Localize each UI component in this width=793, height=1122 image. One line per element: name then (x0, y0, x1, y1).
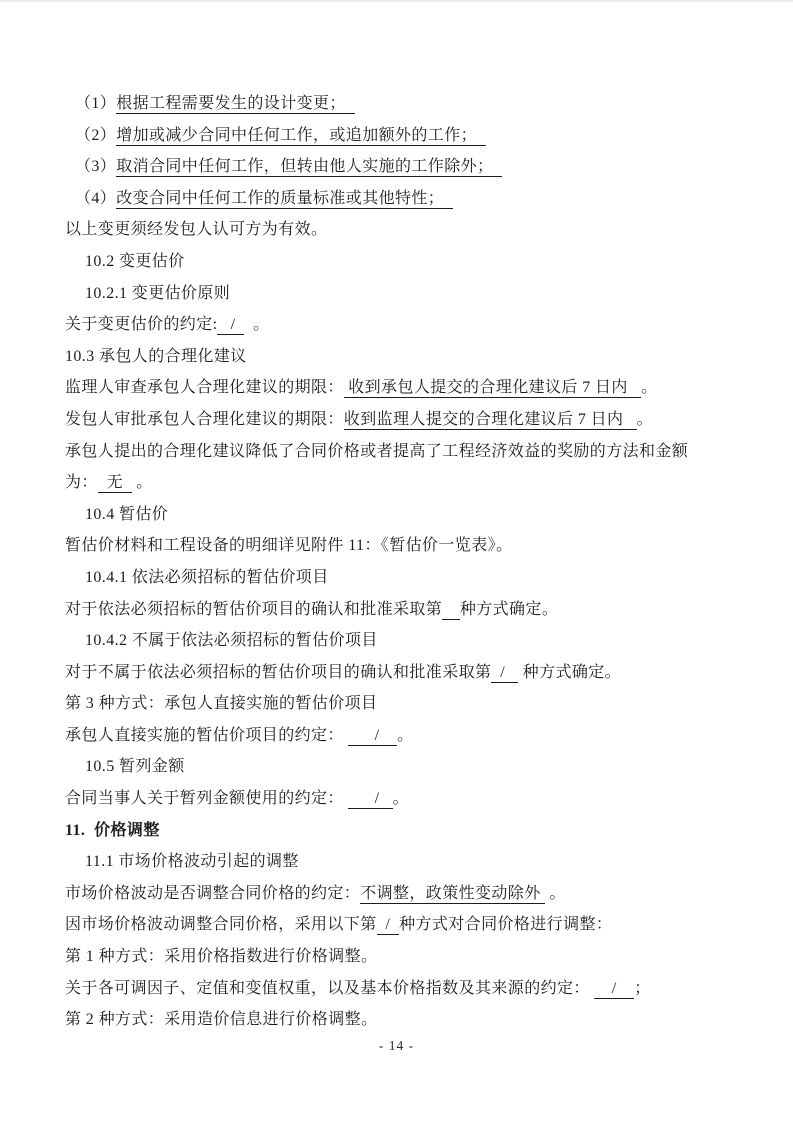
text-segment: 10.3 承包人的合理化建议 (65, 348, 247, 365)
clause-provisional-price-list: 暂估价材料和工程设备的明细详见附件 11：《暂估价一览表》。 (65, 530, 735, 562)
filled-blank: / (594, 980, 634, 999)
filled-blank: 收到承包人提交的合理化建议后 7 日内 (344, 379, 641, 398)
text-segment: 对于不属于依法必须招标的暂估价项目的确认和批准采取第 (65, 664, 491, 681)
clause-provisional-sum: 合同当事人关于暂列金额使用的约定： / 。 (65, 783, 735, 815)
clause-item-3: （3）取消合同中任何工作，但转由他人实施的工作除外； (65, 151, 735, 183)
clause-contractor-direct: 承包人直接实施的暂估价项目的约定： / 。 (65, 720, 735, 752)
document-page: （1）根据工程需要发生的设计变更； （2）增加或减少合同中任何工作，或追加额外的… (0, 0, 793, 1122)
text-segment: 10.2.1 变更估价原则 (85, 285, 230, 302)
page-number: - 14 - (0, 1038, 793, 1054)
clause-tender-not-required: 对于不属于依法必须招标的暂估价项目的确认和批准采取第 / 种方式确定。 (65, 657, 735, 689)
clause-change-valuation: 关于变更估价的约定: / 。 (65, 309, 735, 341)
document-lines: （1）根据工程需要发生的设计变更； （2）增加或减少合同中任何工作，或追加额外的… (0, 2, 793, 1036)
text-segment: 发包人审批承包人合理化建议的期限： (65, 411, 344, 428)
text-segment: 关于变更估价的约定: (65, 316, 217, 333)
filled-blank: 改变合同中任何工作的质量标准或其他特性； (116, 190, 453, 209)
section-10-2-heading: 10.2 变更估价 (65, 246, 735, 278)
filled-blank: / (348, 790, 392, 809)
text-segment: 。 (244, 316, 269, 333)
text-segment: 种方式确定。 (460, 601, 558, 618)
text-segment: 以上变更须经发包人认可方为有效。 (65, 221, 327, 238)
text-segment: 市场价格波动是否调整合同价格的约定： (65, 885, 360, 902)
filled-blank: 收到监理人提交的合理化建议后 7 日内 (344, 411, 637, 430)
clause-adjustment-method: 因市场价格波动调整合同价格，采用以下第 / 种方式对合同价格进行调整： (65, 909, 735, 941)
text-segment: 关于各可调因子、定值和变值权重，以及基本价格指数及其来源的约定： (65, 980, 594, 997)
filled-blank: 根据工程需要发生的设计变更； (116, 95, 354, 114)
clause-price-index: 关于各可调因子、定值和变值权重，以及基本价格指数及其来源的约定： / ； (65, 973, 735, 1005)
clause-item-1: （1）根据工程需要发生的设计变更； (65, 88, 735, 120)
text-segment: （4） (75, 190, 116, 207)
clause-note: 以上变更须经发包人认可方为有效。 (65, 214, 735, 246)
clause-item-4: （4）改变合同中任何工作的质量标准或其他特性； (65, 183, 735, 215)
text-segment: 。 (641, 379, 657, 396)
text-segment: 。 (393, 790, 409, 807)
clause-method-3: 第 3 种方式：承包人直接实施的暂估价项目 (65, 688, 735, 720)
text-segment: 。 (637, 411, 653, 428)
text-segment: （1） (75, 95, 116, 112)
text-segment: 种方式确定。 (518, 664, 621, 681)
filled-blank: / (348, 727, 397, 746)
text-segment: 种方式对合同价格进行调整： (399, 916, 612, 933)
filled-blank (442, 601, 460, 620)
section-11-heading: 11. 价格调整 (65, 815, 735, 847)
text-segment: ； (634, 980, 650, 997)
text-segment: 承包人提出的合理化建议降低了合同价格或者提高了工程经济效益的奖励的方法和金额 (65, 443, 688, 460)
text-segment: 监理人审查承包人合理化建议的期限： (65, 379, 344, 396)
text-segment: 10.4.2 不属于依法必须招标的暂估价项目 (85, 632, 378, 649)
text-segment: 为： (65, 474, 98, 491)
clause-reward-method-line2: 为： 无 。 (65, 467, 735, 499)
section-10-3-heading: 10.3 承包人的合理化建议 (65, 341, 735, 373)
clause-tender-required: 对于依法必须招标的暂估价项目的确认和批准采取第 种方式确定。 (65, 594, 735, 626)
clause-price-fluctuation: 市场价格波动是否调整合同价格的约定：不调整，政策性变动除外 。 (65, 878, 735, 910)
text-segment: 因市场价格波动调整合同价格，采用以下第 (65, 916, 377, 933)
section-10-4-2-heading: 10.4.2 不属于依法必须招标的暂估价项目 (65, 625, 735, 657)
filled-blank: 增加或减少合同中任何工作，或追加额外的工作； (116, 127, 486, 146)
text-segment: 10.2 变更估价 (85, 253, 185, 270)
text-segment: 。 (397, 727, 413, 744)
clause-supervisor-review: 监理人审查承包人合理化建议的期限： 收到承包人提交的合理化建议后 7 日内 。 (65, 372, 735, 404)
text-segment: 对于依法必须招标的暂估价项目的确认和批准采取第 (65, 601, 442, 618)
clause-item-2: （2）增加或减少合同中任何工作，或追加额外的工作； (65, 120, 735, 152)
section-11-1-heading: 11.1 市场价格波动引起的调整 (65, 846, 735, 878)
text-segment: 11. 价格调整 (65, 822, 160, 839)
filled-blank: 不调整，政策性变动除外 (360, 885, 545, 904)
filled-blank: / (491, 664, 518, 683)
text-segment: 暂估价材料和工程设备的明细详见附件 11：《暂估价一览表》。 (65, 537, 512, 554)
filled-blank: / (377, 916, 399, 935)
text-segment: 第 1 种方式：采用价格指数进行价格调整。 (65, 948, 377, 965)
text-segment: 承包人直接实施的暂估价项目的约定： (65, 727, 348, 744)
filled-blank: / (217, 316, 244, 335)
clause-method-1: 第 1 种方式：采用价格指数进行价格调整。 (65, 941, 735, 973)
clause-reward-method-line1: 承包人提出的合理化建议降低了合同价格或者提高了工程经济效益的奖励的方法和金额 (65, 436, 735, 468)
text-segment: （3） (75, 158, 116, 175)
clause-employer-approval: 发包人审批承包人合理化建议的期限：收到监理人提交的合理化建议后 7 日内 。 (65, 404, 735, 436)
section-10-4-heading: 10.4 暂估价 (65, 499, 735, 531)
text-segment: 合同当事人关于暂列金额使用的约定： (65, 790, 348, 807)
section-10-2-1-heading: 10.2.1 变更估价原则 (65, 278, 735, 310)
filled-blank: 无 (98, 474, 132, 493)
text-segment: 10.4 暂估价 (85, 506, 168, 523)
section-10-4-1-heading: 10.4.1 依法必须招标的暂估价项目 (65, 562, 735, 594)
section-10-5-heading: 10.5 暂列金额 (65, 751, 735, 783)
text-segment: 第 3 种方式：承包人直接实施的暂估价项目 (65, 695, 377, 712)
clause-method-2: 第 2 种方式：采用造价信息进行价格调整。 (65, 1004, 735, 1036)
text-segment: 。 (132, 474, 153, 491)
text-segment: 第 2 种方式：采用造价信息进行价格调整。 (65, 1011, 377, 1028)
text-segment: 10.4.1 依法必须招标的暂估价项目 (85, 569, 329, 586)
text-segment: 10.5 暂列金额 (85, 758, 185, 775)
text-segment: （2） (75, 127, 116, 144)
text-segment: 11.1 市场价格波动引起的调整 (85, 853, 299, 870)
filled-blank: 取消合同中任何工作，但转由他人实施的工作除外； (116, 158, 502, 177)
text-segment: 。 (545, 885, 566, 902)
